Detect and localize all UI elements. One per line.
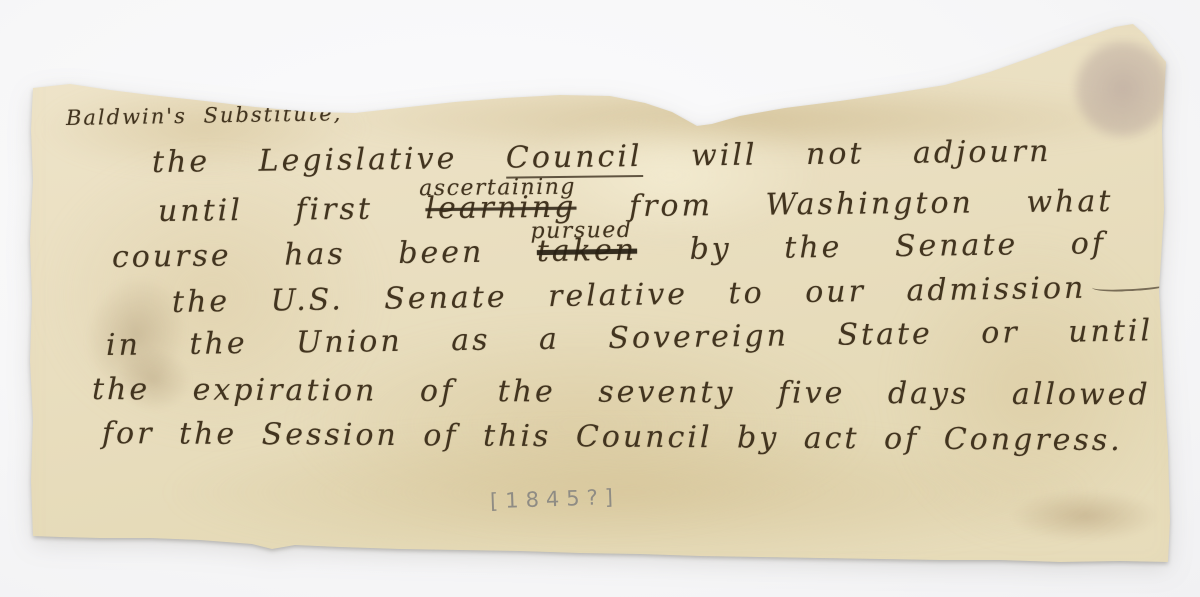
line6-text: the expiration of the seventy five days … — [92, 372, 1151, 413]
line4-text: the U.S. Senate relative to our admissio… — [172, 271, 1087, 320]
paper-shadow: Baldwin's Substitute, the Legislative Co… — [0, 0, 1200, 597]
correction-group: pursuedtaken — [537, 233, 638, 270]
handwritten-line-6: the expiration of the seventy five days … — [92, 372, 1151, 414]
manuscript-paper-fragment: Baldwin's Substitute, the Legislative Co… — [0, 0, 1200, 597]
ink-flourish — [1092, 275, 1179, 293]
docket-heading: Baldwin's Substitute, — [66, 101, 343, 131]
line3-text-a: course has been — [112, 234, 537, 275]
inserted-word-ascertaining: ascertaining — [419, 174, 576, 202]
pencil-date-annotation: [1845?] — [490, 485, 621, 514]
ink-smudge-bottom-right — [1010, 490, 1160, 542]
line3-text-b: by the Senate of — [637, 226, 1106, 268]
handwritten-line-7: for the Session of this Council by act o… — [102, 416, 1123, 459]
scanned-document-photo: Baldwin's Substitute, the Legislative Co… — [0, 0, 1200, 597]
line2-text-a: until first — [158, 191, 426, 229]
handwritten-line-5: in the Union as a Sovereign State or unt… — [106, 313, 1154, 364]
handwritten-line-4: the U.S. Senate relative to our admissio… — [172, 269, 1179, 321]
line1-text-a: the Legislative — [152, 141, 506, 180]
handwritten-line-2: until first ascertaininglearning from Wa… — [158, 184, 1114, 230]
seal-stain-circle — [1072, 36, 1174, 142]
inserted-word-pursued: pursued — [530, 217, 632, 245]
underlined-word-council: Council — [506, 139, 643, 179]
line7-text: for the Session of this Council by act o… — [102, 416, 1123, 458]
line2-text-b: from Washington what — [576, 184, 1113, 225]
handwritten-line-1: the Legislative Council will not adjourn — [152, 134, 1052, 181]
line5-text: in the Union as a Sovereign State or unt… — [106, 313, 1154, 363]
handwritten-line-3: course has been pursuedtaken by the Sena… — [112, 226, 1106, 276]
line1-text-b: will not adjourn — [642, 134, 1051, 174]
